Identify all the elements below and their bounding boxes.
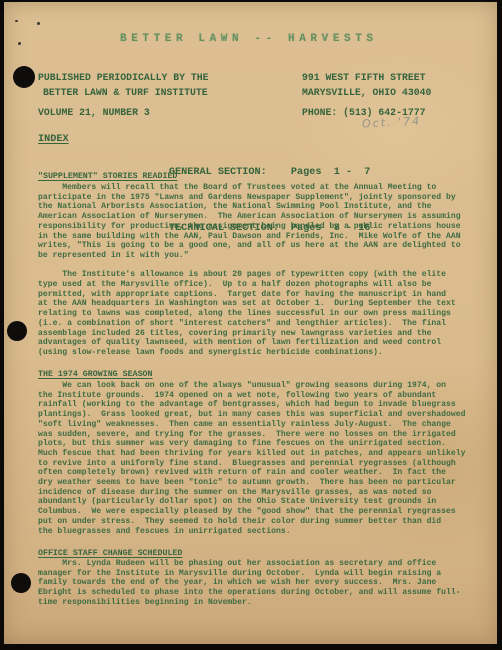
hole-punch: [13, 66, 35, 88]
ink-speck: [15, 20, 18, 22]
hole-punch: [11, 573, 31, 593]
published-by-line1: PUBLISHED PERIODICALLY BY THE: [38, 72, 209, 83]
scanned-newsletter: BETTER LAWN -- HARVESTS PUBLISHED PERIOD…: [0, 0, 502, 650]
newsletter-page: BETTER LAWN -- HARVESTS PUBLISHED PERIOD…: [4, 2, 497, 644]
hole-punch: [7, 321, 27, 341]
newsletter-title: BETTER LAWN -- HARVESTS: [120, 33, 378, 45]
volume-number: VOLUME 21, NUMBER 3: [38, 107, 150, 118]
index-section-pages: Pages 1 - 7: [291, 167, 370, 178]
section-heading-growing-season: THE 1974 GROWING SEASON: [38, 370, 153, 379]
index-label: INDEX: [38, 134, 69, 145]
ink-speck: [18, 42, 21, 45]
section-body-growing-season: We can look back on one of the always "u…: [38, 381, 465, 536]
handwritten-date: Oct. '74: [362, 114, 422, 130]
index-section-name: GENERAL SECTION:: [169, 167, 291, 178]
address-line1: 991 WEST FIFTH STREET: [302, 72, 425, 83]
address-line2: MARYSVILLE, OHIO 43040: [302, 87, 431, 98]
ink-speck: [37, 22, 40, 25]
published-by-line2: BETTER LAWN & TURF INSTITUTE: [43, 87, 208, 98]
section-body-supplement-stories: Members will recall that the Board of Tr…: [38, 183, 461, 358]
section-body-office-staff: Mrs. Lynda Rudeen will be phasing out he…: [38, 559, 461, 608]
section-heading-office-staff: OFFICE STAFF CHANGE SCHEDULED: [38, 549, 182, 558]
section-heading-supplement-stories: "SUPPLEMENT" STORIES READIED: [38, 172, 177, 181]
